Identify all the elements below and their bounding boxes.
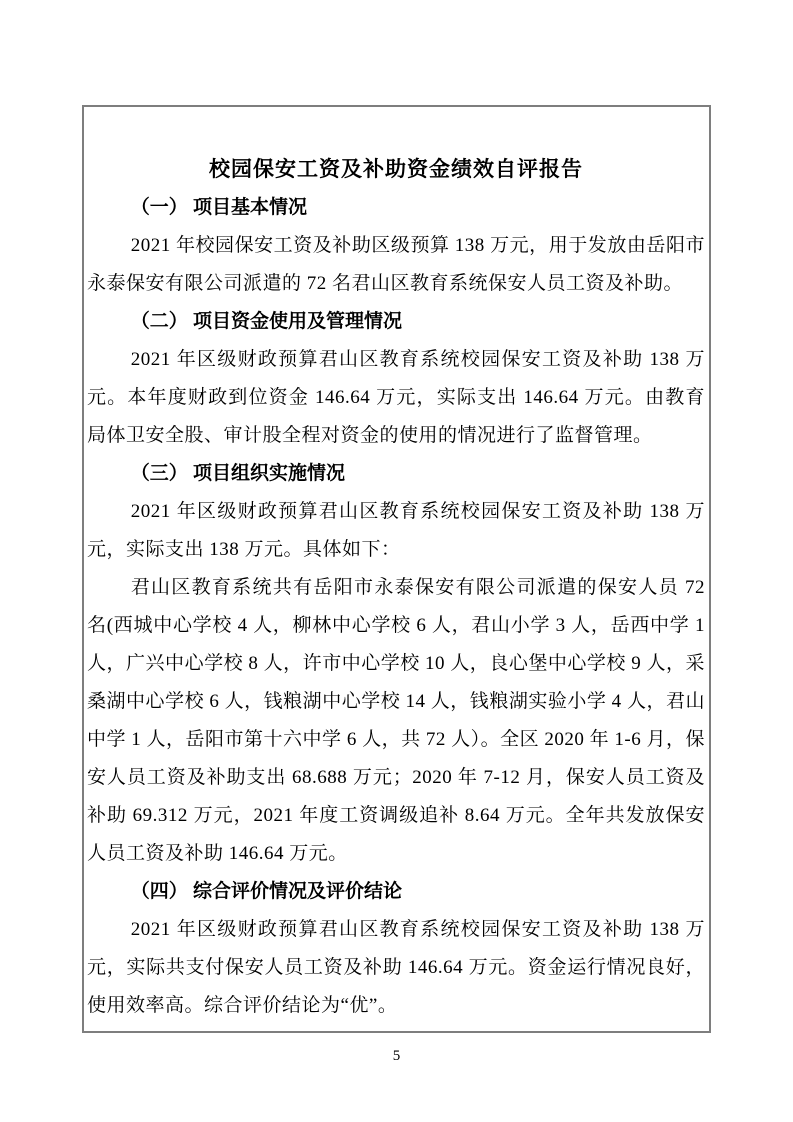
- section-organization-implementation: （三） 项目组织实施情况 2021 年区级财政预算君山区教育系统校园保安工资及补…: [87, 455, 705, 873]
- page-number: 5: [0, 1046, 793, 1066]
- section-heading-1: （一） 项目基本情况: [87, 189, 705, 227]
- section-evaluation-conclusion: （四） 综合评价情况及评价结论 2021 年区级财政预算君山区教育系统校园保安工…: [87, 873, 705, 1025]
- section-fund-usage-management: （二） 项目资金使用及管理情况 2021 年区级财政预算君山区教育系统校园保安工…: [87, 303, 705, 455]
- document-title: 校园保安工资及补助资金绩效自评报告: [87, 151, 705, 189]
- section-heading-3: （三） 项目组织实施情况: [87, 455, 705, 493]
- document-page: 校园保安工资及补助资金绩效自评报告 （一） 项目基本情况 2021 年校园保安工…: [0, 0, 793, 1122]
- section-2-paragraph: 2021 年区级财政预算君山区教育系统校园保安工资及补助 138 万元。本年度财…: [87, 341, 705, 455]
- section-basic-situation: （一） 项目基本情况 2021 年校园保安工资及补助区级预算 138 万元，用于…: [87, 189, 705, 303]
- section-4-paragraph: 2021 年区级财政预算君山区教育系统校园保安工资及补助 138 万元，实际共支…: [87, 911, 705, 1025]
- section-heading-2: （二） 项目资金使用及管理情况: [87, 303, 705, 341]
- section-1-paragraph: 2021 年校园保安工资及补助区级预算 138 万元，用于发放由岳阳市永泰保安有…: [87, 227, 705, 303]
- section-3-paragraph-2: 君山区教育系统共有岳阳市永泰保安有限公司派遣的保安人员 72 名(西城中心学校 …: [87, 569, 705, 873]
- page-border-frame: 校园保安工资及补助资金绩效自评报告 （一） 项目基本情况 2021 年校园保安工…: [82, 105, 711, 1033]
- section-3-paragraph-1: 2021 年区级财政预算君山区教育系统校园保安工资及补助 138 万元，实际支出…: [87, 493, 705, 569]
- section-heading-4: （四） 综合评价情况及评价结论: [87, 873, 705, 911]
